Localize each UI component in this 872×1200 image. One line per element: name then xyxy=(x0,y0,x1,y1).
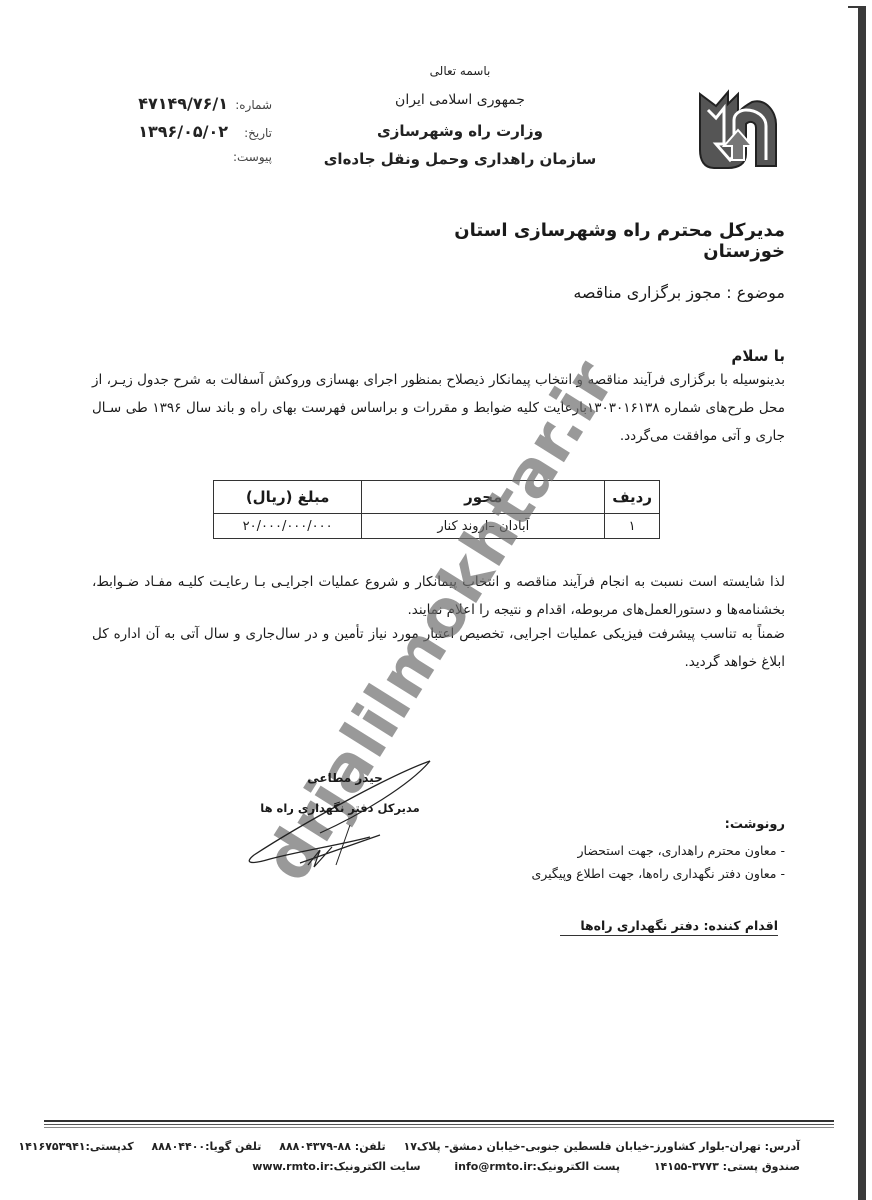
footer-divider xyxy=(44,1127,834,1128)
table-header-row: ردیف محور مبلغ (ریال) xyxy=(214,481,660,514)
recipient: مدیرکل محترم راه وشهرسازی استان خوزستان xyxy=(440,220,785,262)
paragraph-1: بدینوسیله با برگزاری فرآیند مناقصه و انت… xyxy=(92,366,785,450)
org-ministry: وزارت راه وشهرسازی xyxy=(320,122,600,140)
letter-attachment: پیوست: xyxy=(100,150,272,164)
cc-item: - معاون محترم راهداری، جهت استحضار xyxy=(450,843,785,858)
header-amount: مبلغ (ریال) xyxy=(214,481,362,514)
cc-title: رونوشت: xyxy=(600,817,785,832)
footer-auto-phone: تلفن گویا:۸۸۸۰۴۴۰۰ xyxy=(151,1140,261,1153)
subject: موضوع : مجوز برگزاری مناقصه xyxy=(440,283,785,302)
number-value: ۴۷۱۴۹/۷۶/۱ xyxy=(138,94,228,113)
rmto-logo-icon xyxy=(694,84,780,172)
footer-phone: تلفن: ۸۸-۸۸۸۰۴۳۷۹ xyxy=(279,1140,385,1153)
basmala: باسمه تعالی xyxy=(400,64,520,78)
footer-email[interactable]: پست الکترونیک:info@rmto.ir xyxy=(454,1160,620,1173)
attachment-label: پیوست: xyxy=(233,150,272,164)
footer-contact-line: صندوق پستی: ۳۷۷۳-۱۴۱۵۵ پست الکترونیک:inf… xyxy=(170,1160,800,1173)
greeting: با سلام xyxy=(600,347,785,365)
org-country: جمهوری اسلامی ایران xyxy=(320,92,600,108)
date-value: ۱۳۹۶/۰۵/۰۲ xyxy=(138,122,228,141)
cell-amount: ۲۰/۰۰۰/۰۰۰/۰۰۰ xyxy=(214,514,362,539)
footer-postal-code: کدپستی:۱۴۱۶۷۵۳۹۴۱ xyxy=(18,1140,133,1153)
footer-address-line: آدرس: تهران-بلوار کشاورز-خیابان فلسطین ج… xyxy=(100,1140,800,1153)
footer-address: آدرس: تهران-بلوار کشاورز-خیابان فلسطین ج… xyxy=(403,1140,800,1153)
header-row-number: ردیف xyxy=(605,481,660,514)
action-by: اقدام کننده: دفتر نگهداری راه‌ها xyxy=(560,918,778,936)
project-table: ردیف محور مبلغ (ریال) ۱ آبادان –اروند کن… xyxy=(213,480,660,539)
org-organization: سازمان راهداری وحمل ونقل جاده‌ای xyxy=(300,150,620,168)
cell-row-number: ۱ xyxy=(605,514,660,539)
footer-website[interactable]: سایت الکترونیک:www.rmto.ir xyxy=(252,1160,420,1173)
scan-edge-top xyxy=(848,6,866,8)
date-label: تاریخ: xyxy=(234,126,272,140)
number-label: شماره: xyxy=(234,98,272,112)
signer-title: مدیرکل دفتر نگهداری راه ها xyxy=(255,801,425,815)
footer-po-box: صندوق پستی: ۳۷۷۳-۱۴۱۵۵ xyxy=(654,1160,800,1173)
table-row: ۱ آبادان –اروند کنار ۲۰/۰۰۰/۰۰۰/۰۰۰ xyxy=(214,514,660,539)
letter-date: تاریخ: ۱۳۹۶/۰۵/۰۲ xyxy=(100,122,272,141)
scan-edge xyxy=(858,6,866,1200)
letter-number: شماره: ۴۷۱۴۹/۷۶/۱ xyxy=(100,94,272,113)
footer-divider xyxy=(44,1124,834,1125)
footer-divider xyxy=(44,1120,834,1122)
cc-item: - معاون دفتر نگهداری راه‌ها، جهت اطلاع و… xyxy=(450,866,785,881)
signer-name: حیدر مطاعی xyxy=(285,771,405,785)
